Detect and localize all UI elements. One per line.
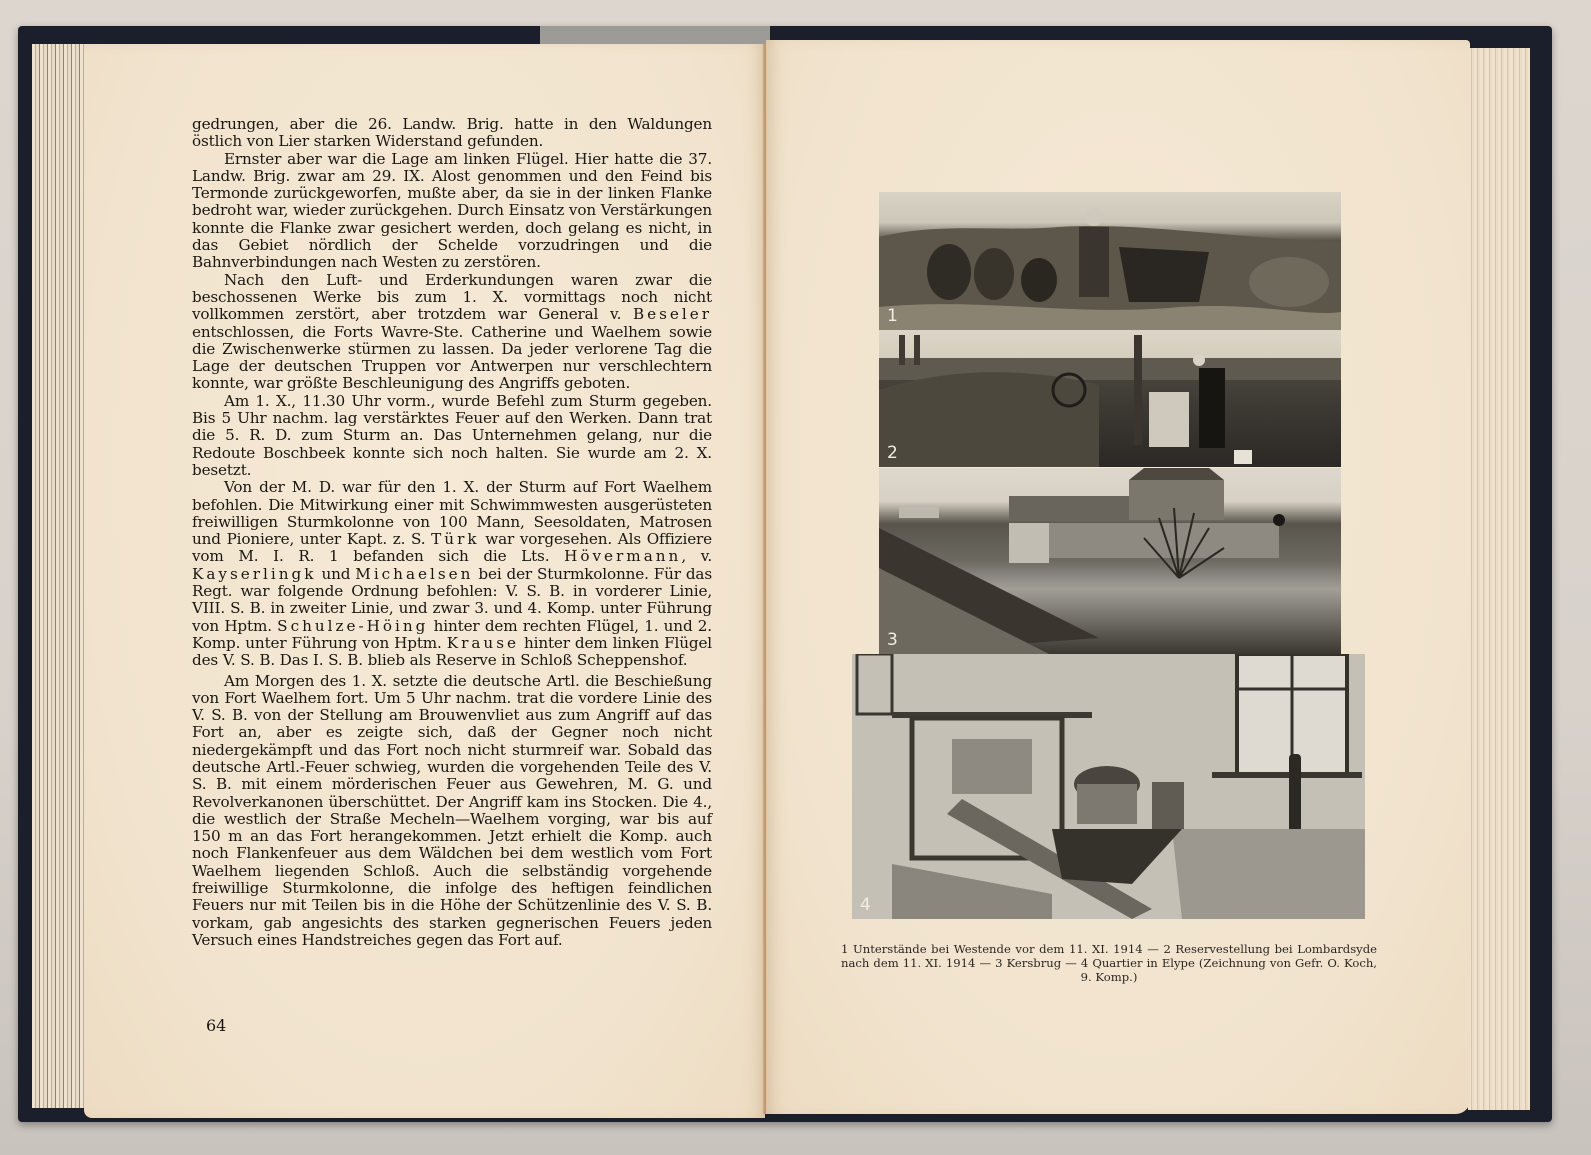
figure-1-photo: 1 xyxy=(879,192,1341,330)
figure-4-drawing: 4 xyxy=(852,654,1365,919)
body-text: gedrungen, aber die 26. Landw. Brig. hat… xyxy=(192,116,712,949)
page-number: 64 xyxy=(206,1016,226,1035)
figure-number: 2 xyxy=(887,443,898,463)
left-page-edges xyxy=(32,44,87,1108)
paragraph: Am Morgen des 1. X. setzte die deutsche … xyxy=(192,673,712,950)
spaced-name: Schulze-Höing xyxy=(277,617,428,635)
text-run: entschlossen, die Forts Wavre-Ste. Cathe… xyxy=(192,323,712,393)
text-run: , v. xyxy=(681,547,712,565)
paragraph: Am 1. X., 11.30 Uhr vorm., wurde Befehl … xyxy=(192,393,712,479)
book-cover-spine-top xyxy=(540,26,770,46)
paragraph: Von der M. D. war für den 1. X. der Stur… xyxy=(192,479,712,669)
kersbrug-canal-image xyxy=(879,468,1341,654)
paragraph: gedrungen, aber die 26. Landw. Brig. hat… xyxy=(192,116,712,151)
reserve-position-image xyxy=(879,330,1341,467)
right-page-edges xyxy=(1468,48,1530,1110)
spaced-name: Hövermann xyxy=(564,547,681,565)
spaced-name: Kayserlingk xyxy=(192,565,316,583)
right-page: 1 2 3 xyxy=(766,40,1470,1114)
figure-number: 1 xyxy=(887,306,898,326)
text-run: und xyxy=(316,565,355,583)
figure-2-photo: 2 xyxy=(879,330,1341,467)
paragraph: Ernster aber war die Lage am linken Flüg… xyxy=(192,151,712,272)
figure-number: 3 xyxy=(887,630,898,650)
spaced-name: Türk xyxy=(431,530,479,548)
left-page: gedrungen, aber die 26. Landw. Brig. hat… xyxy=(84,44,765,1118)
figure-caption: 1 Unterstände bei Westende vor dem 11. X… xyxy=(841,942,1377,985)
paragraph: Nach den Luft- und Erderkundungen waren … xyxy=(192,272,712,393)
spaced-name: Krause xyxy=(447,634,519,652)
quarters-interior-image xyxy=(852,654,1365,919)
spaced-name: Beseler xyxy=(633,305,712,323)
spaced-name: Michaelsen xyxy=(355,565,473,583)
figure-number: 4 xyxy=(860,895,871,915)
figure-3-photo: 3 xyxy=(879,468,1341,654)
soldiers-in-dugout-image xyxy=(879,192,1341,330)
